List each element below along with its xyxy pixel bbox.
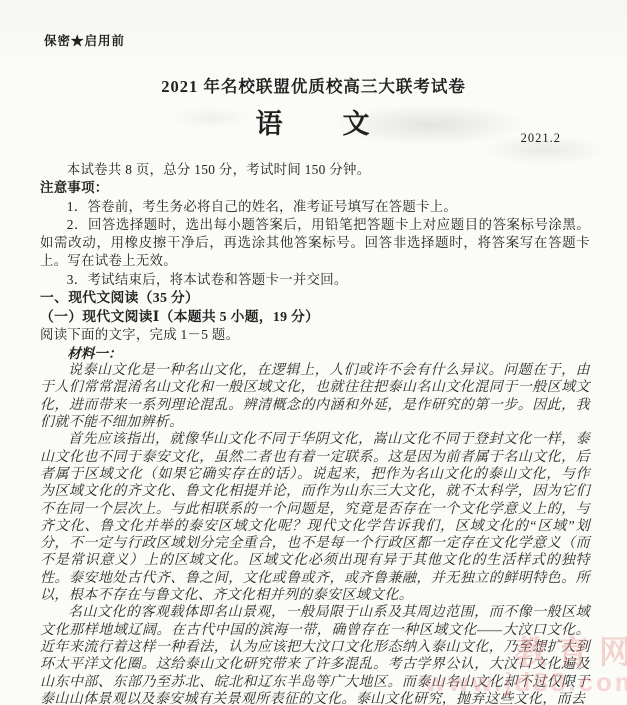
instructions-summary: 本试卷共 8 页，总分 150 分，考试时间 150 分钟。 — [40, 161, 590, 179]
instruction-item-1: 1．答卷前，考生务必将自己的姓名，准考证号填写在答题卡上。 — [40, 198, 590, 216]
material-paragraph-3: 名山文化的客观载体即名山景观，一般局限于山系及其周边范围，而不像一般区域文化那样… — [40, 604, 590, 705]
section-headings: 一、现代文阅读（35 分） （一）现代文阅读Ⅰ（本题共 5 小题，19 分） 阅… — [40, 289, 590, 362]
page-content: 本试卷共 8 页，总分 150 分，考试时间 150 分钟。 注意事项： 1．答… — [40, 161, 590, 705]
security-notice: 保密★启用前 — [44, 31, 125, 49]
instruction-item-3: 3．考试结束后，将本试卷和答题卡一并交回。 — [40, 271, 590, 289]
subsection-heading: （一）现代文阅读Ⅰ（本题共 5 小题，19 分） — [40, 308, 590, 327]
scanned-exam-page: 保密★启用前 2021 年名校联盟优质校高三大联考试卷 语 文 2021.2 本… — [0, 0, 627, 705]
exam-instructions: 本试卷共 8 页，总分 150 分，考试时间 150 分钟。 注意事项： 1．答… — [40, 161, 590, 289]
exam-title: 2021 年名校联盟优质校高三大联考试卷 — [0, 73, 627, 97]
material-one-text: 说泰山文化是一种名山文化，在逻辑上，人们或许不会有什么异议。问题在于，由于人们常… — [40, 362, 590, 705]
material-one-label: 材料一： — [40, 345, 590, 363]
instructions-heading: 注意事项： — [40, 179, 590, 197]
exam-date: 2021.2 — [521, 131, 561, 146]
material-paragraph-2: 首先应该指出，就像华山文化不同于华阴文化，嵩山文化不同于登封文化一样，泰山文化也… — [40, 431, 590, 604]
material-paragraph-1: 说泰山文化是一种名山文化，在逻辑上，人们或许不会有什么异议。问题在于，由于人们常… — [40, 362, 590, 431]
part-heading: 一、现代文阅读（35 分） — [40, 289, 590, 308]
reading-instruction: 阅读下面的文字，完成 1－5 题。 — [40, 326, 590, 344]
instruction-item-2: 2．回答选择题时，选出每小题答案后，用铅笔把答题卡上对应题目的答案标号涂黑。如需… — [40, 216, 590, 271]
